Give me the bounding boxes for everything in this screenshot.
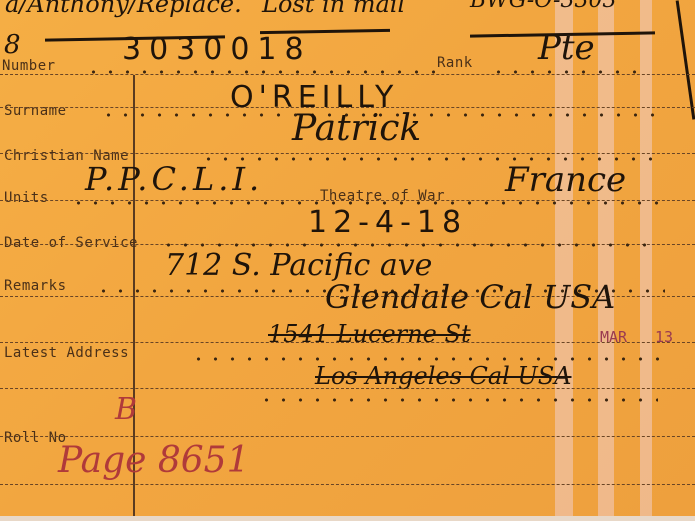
rank-value: Pte bbox=[538, 28, 595, 68]
card-edge bbox=[0, 516, 695, 521]
header-annotation-middle: Lost in mail bbox=[262, 0, 405, 18]
dot-leader bbox=[190, 357, 660, 361]
date-of-service-value: 12-4-18 bbox=[308, 205, 467, 240]
number-value: 3030018 bbox=[122, 32, 312, 67]
rule bbox=[0, 342, 695, 343]
address-line-4-struck: Los Angeles Cal USA bbox=[315, 362, 572, 390]
light-stripe bbox=[555, 0, 573, 521]
rule bbox=[0, 436, 695, 437]
pen-mark bbox=[676, 0, 695, 119]
service-record-card: a/Anthony/Replace. Lost in mail BWG-O-33… bbox=[0, 0, 695, 521]
rule bbox=[0, 388, 695, 389]
theatre-of-war-value: France bbox=[505, 160, 626, 200]
christian-name-value: Patrick bbox=[292, 108, 421, 149]
dot-leader bbox=[258, 398, 658, 402]
page-reference: Page 8651 bbox=[58, 440, 249, 481]
units-value: P.P.C.L.I. bbox=[85, 160, 263, 198]
header-annotation-right: BWG-O-3303 bbox=[470, 0, 616, 13]
rank-label: Rank bbox=[437, 55, 473, 71]
number-label: Number bbox=[2, 58, 56, 74]
light-stripe bbox=[640, 0, 652, 521]
dot-leader bbox=[490, 70, 650, 74]
rule bbox=[0, 153, 695, 154]
header-annotation-left: a/Anthony/Replace. bbox=[5, 0, 242, 18]
rule bbox=[0, 484, 695, 485]
dot-leader bbox=[160, 243, 660, 247]
rule bbox=[0, 74, 695, 75]
date-of-service-label: Date of Service bbox=[4, 235, 138, 251]
margin-mark: 8 bbox=[4, 30, 21, 60]
remarks-label: Remarks bbox=[4, 278, 67, 294]
latest-address-label: Latest Address bbox=[4, 345, 129, 361]
roll-no-value: B bbox=[115, 392, 137, 427]
units-label: Units bbox=[4, 190, 49, 206]
address-line-3-struck: 1541 Lucerne St bbox=[268, 320, 471, 348]
surname-label: Surname bbox=[4, 103, 67, 119]
address-line-2: Glendale Cal USA bbox=[325, 278, 615, 316]
light-stripe bbox=[598, 0, 614, 521]
date-stamp-month: MAR bbox=[600, 328, 627, 346]
date-stamp-day: 13 bbox=[655, 328, 673, 346]
dot-leader bbox=[85, 70, 435, 74]
